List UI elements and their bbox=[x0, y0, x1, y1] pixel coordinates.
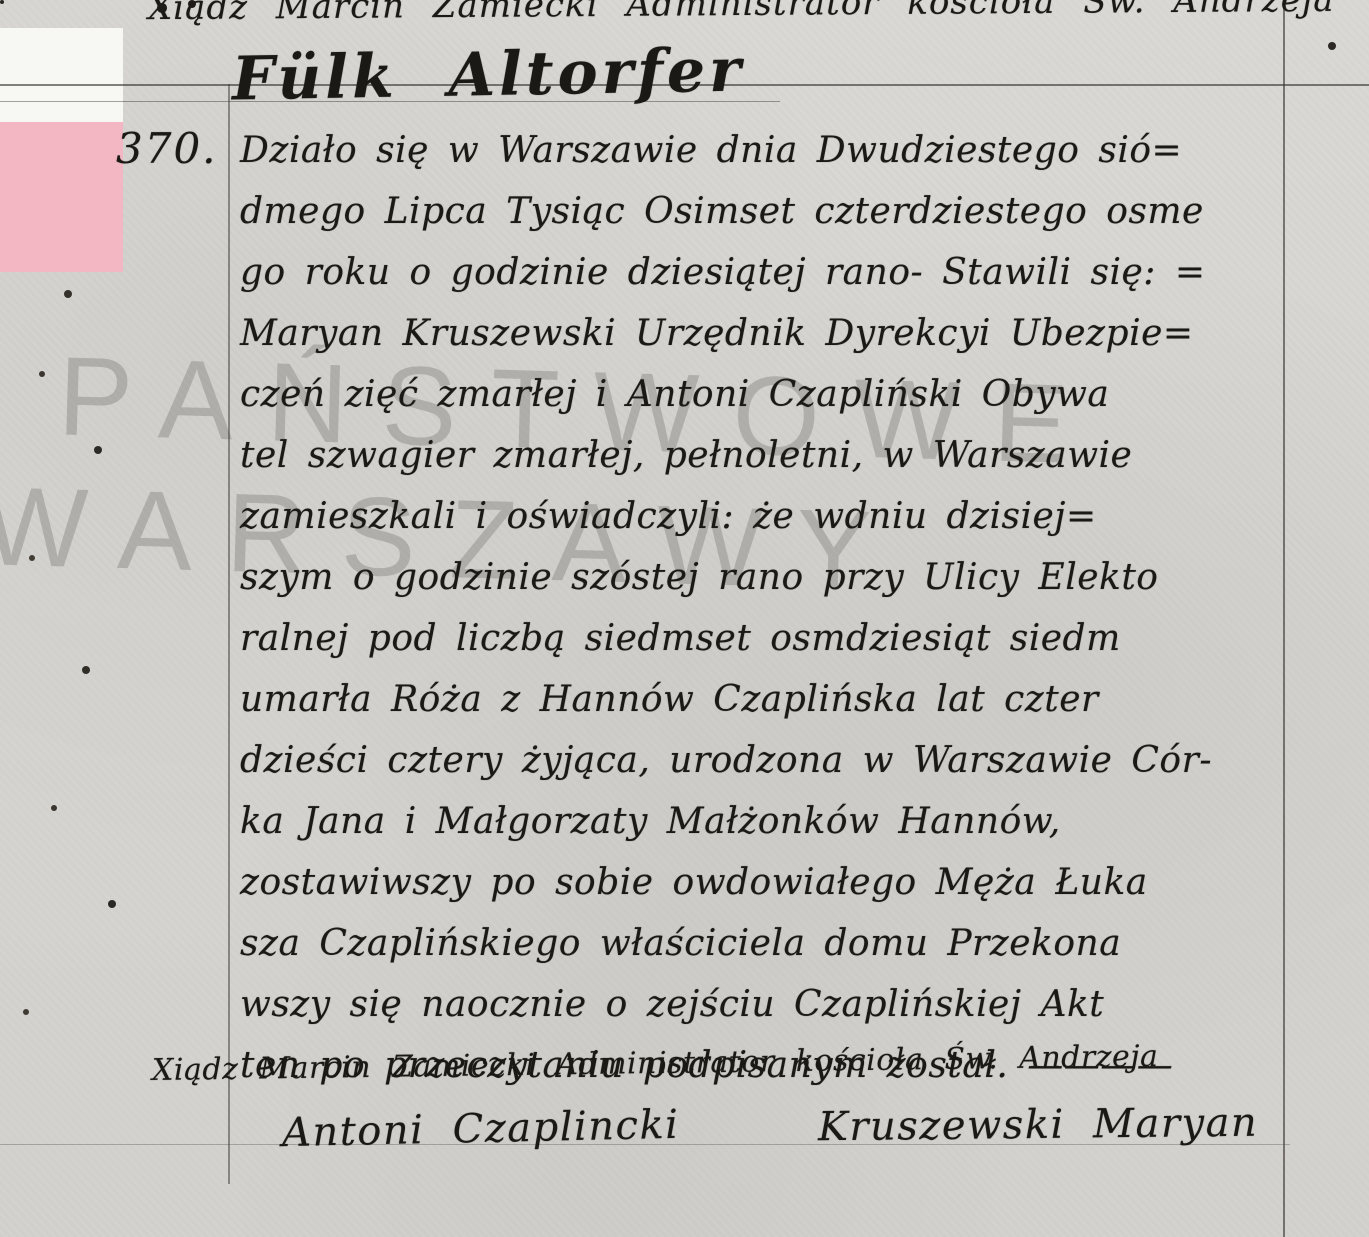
record-heading-name: Fülk Altorfer bbox=[231, 36, 745, 115]
white-margin-patch bbox=[0, 28, 123, 122]
body-line: ralnej pod liczbą siedmset osmdziesiąt s… bbox=[240, 608, 1285, 669]
body-line: szym o godzinie szóstej rano przy Ulicy … bbox=[240, 547, 1285, 608]
body-line: zamieszkali i oświadczyli: że wdniu dzis… bbox=[240, 486, 1285, 547]
top-marginal-note: Xiądz Marcin Zamiecki Administrator kośc… bbox=[148, 0, 1335, 28]
body-line: Maryan Kruszewski Urzędnik Dyrekcyi Ubez… bbox=[240, 303, 1285, 364]
body-line: tel szwagier zmarłej, pełnoletni, w Wars… bbox=[240, 425, 1285, 486]
body-line: dmego Lipca Tysiąc Osimset czterdziesteg… bbox=[240, 181, 1285, 242]
record-body-text: Działo się w Warszawie dnia Dwudziestego… bbox=[240, 120, 1285, 1096]
body-line: go roku o godzinie dziesiątej rano- Staw… bbox=[240, 242, 1285, 303]
body-line: umarła Róża z Hannów Czaplińska lat czte… bbox=[240, 669, 1285, 730]
document-scan: PAŃSTWOWE WARSZAWY Xiądz Marcin Zamiecki… bbox=[0, 0, 1369, 1237]
body-line: Działo się w Warszawie dnia Dwudziestego… bbox=[240, 120, 1285, 181]
left-margin-line bbox=[228, 84, 230, 1184]
signature-antoni-czaplinski: Antoni Czaplincki bbox=[282, 1102, 680, 1156]
ink-speckles bbox=[0, 0, 4, 4]
body-line: wszy się naocznie o zejściu Czaplińskiej… bbox=[240, 974, 1285, 1035]
body-line: sza Czaplińskiego właściciela domu Przek… bbox=[240, 913, 1285, 974]
signature-kruszewski-maryan: Kruszewski Maryan bbox=[818, 1100, 1259, 1151]
body-line: zostawiwszy po sobie owdowiałego Męża Łu… bbox=[240, 852, 1285, 913]
body-line: ka Jana i Małgorzaty Małżonków Hannów, bbox=[240, 791, 1285, 852]
pink-margin-patch bbox=[0, 122, 123, 272]
body-line: dzieści cztery żyjąca, urodzona w Warsza… bbox=[240, 730, 1285, 791]
body-line: czeń zięć zmarłej i Antoni Czapliński Ob… bbox=[240, 364, 1285, 425]
record-number: 370. bbox=[116, 124, 218, 173]
